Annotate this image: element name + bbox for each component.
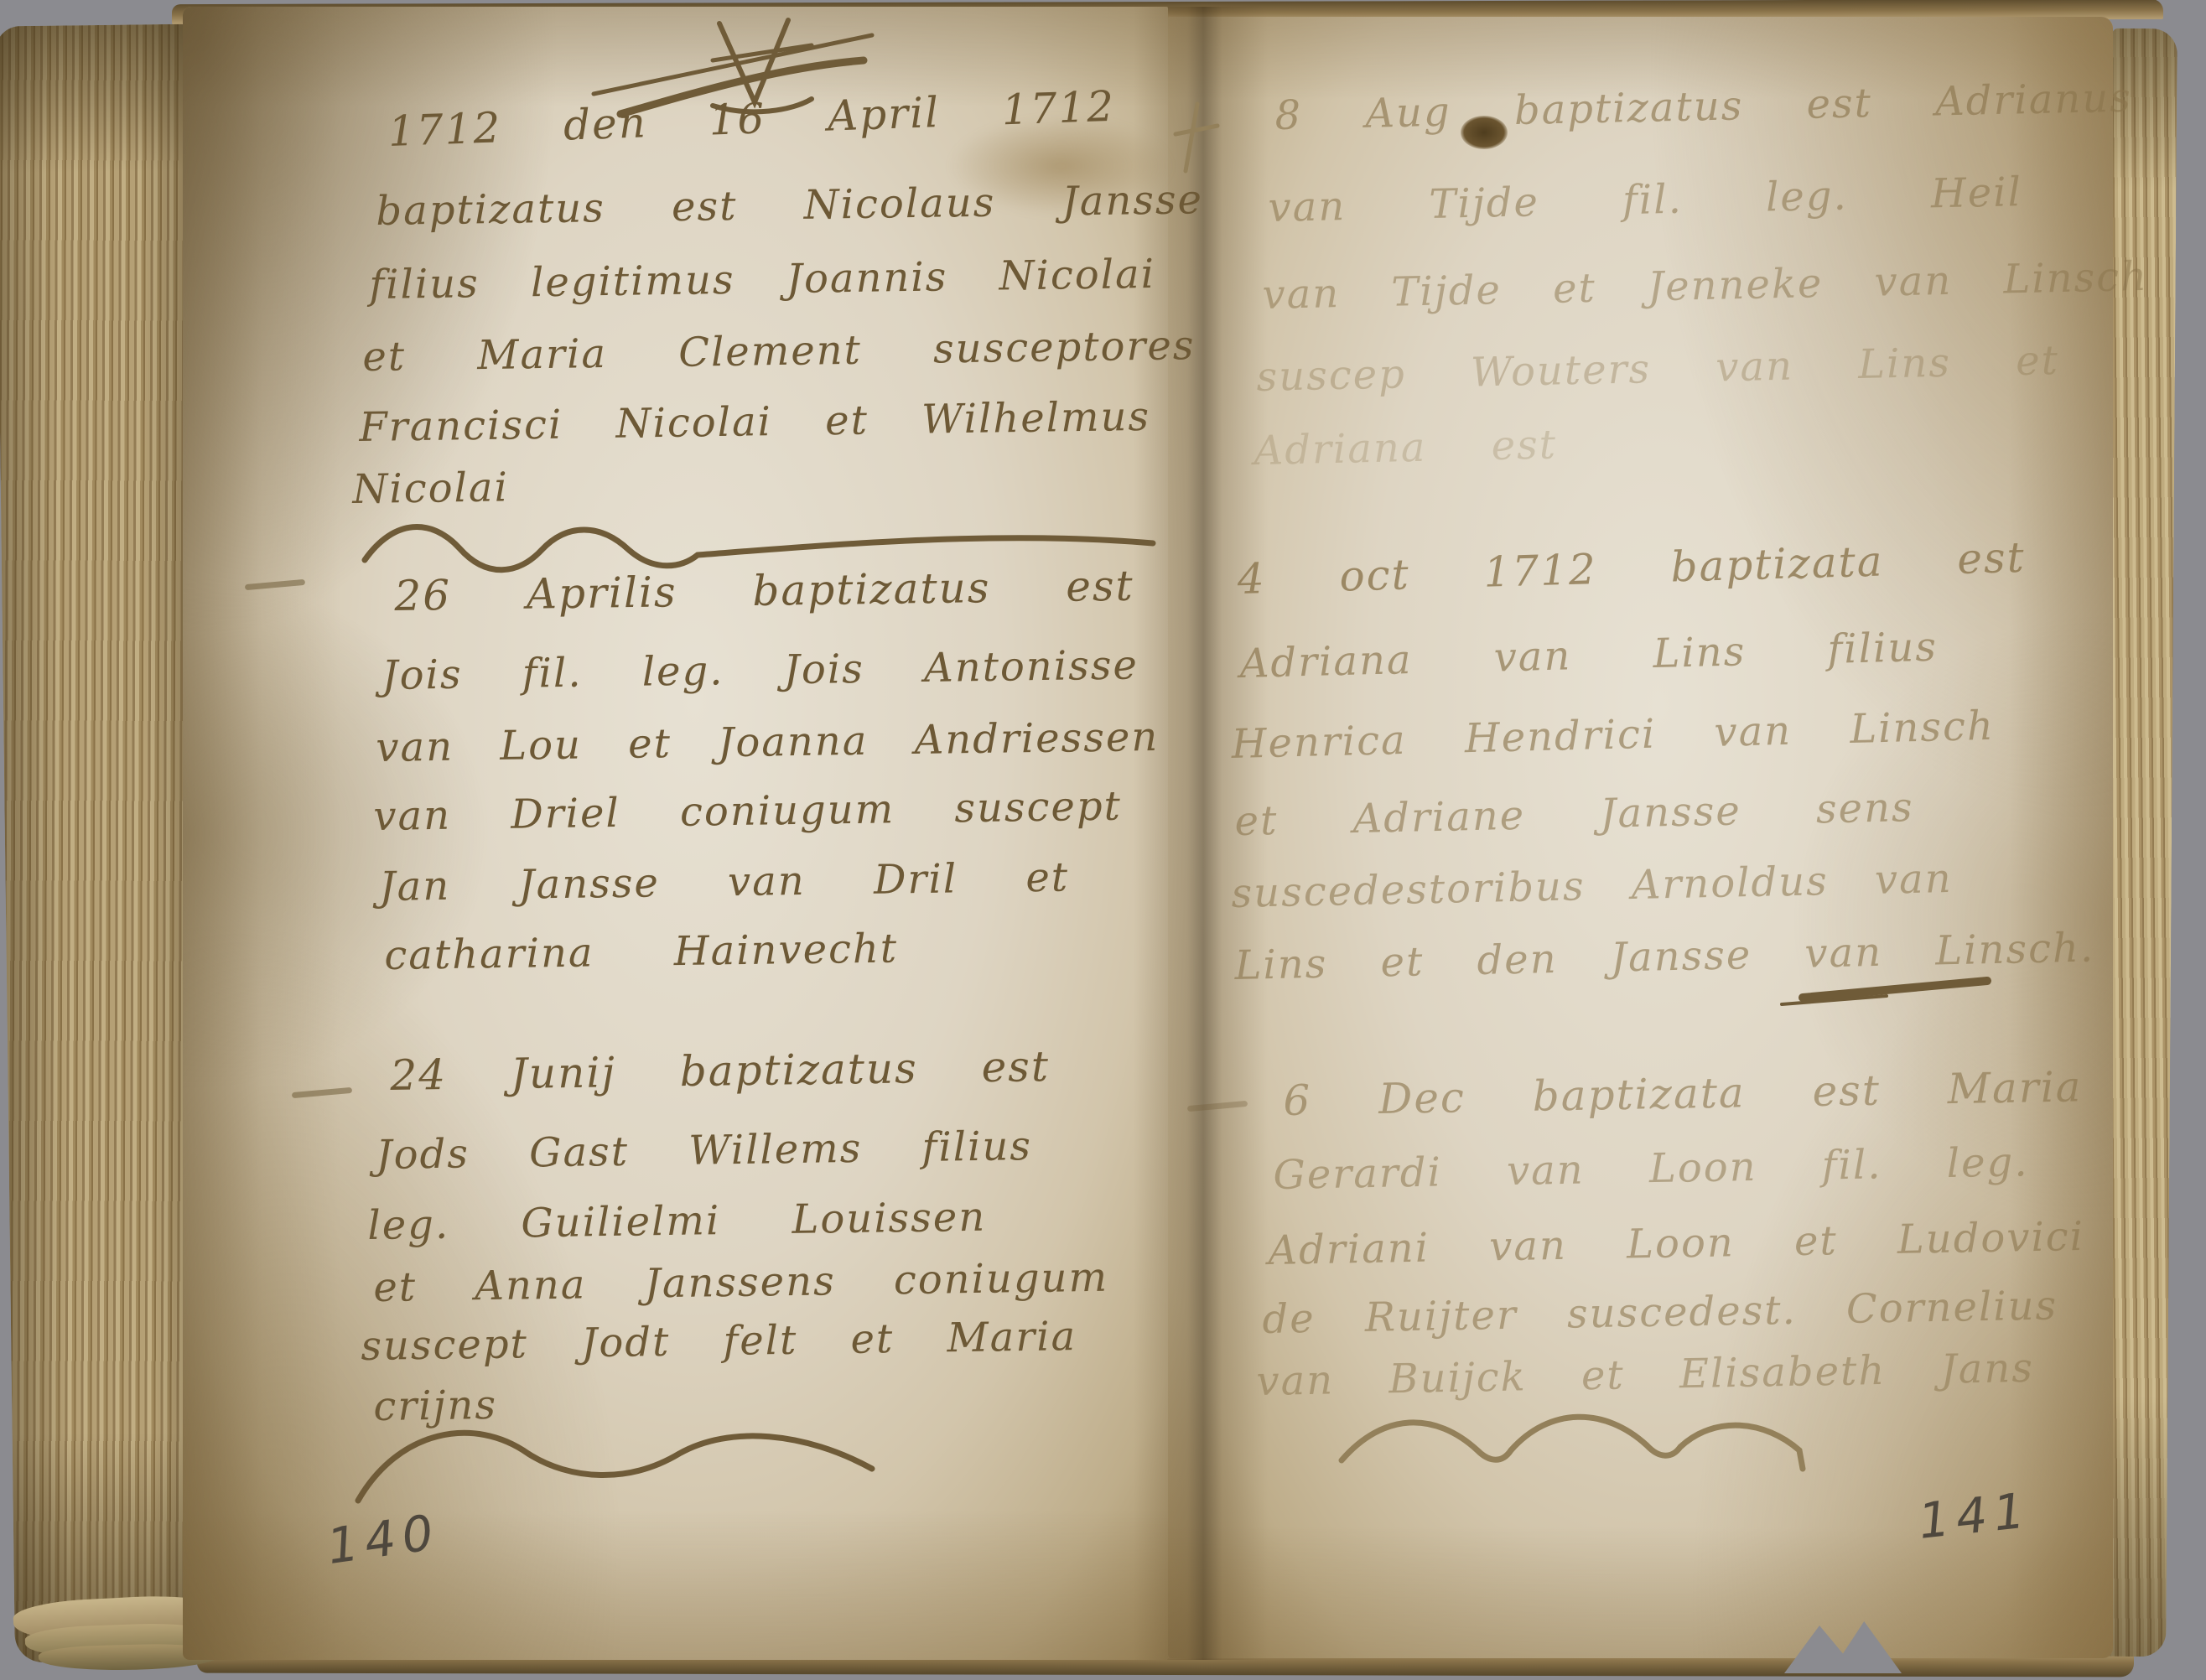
scallop-divider <box>1333 1398 1819 1499</box>
plus-mark <box>1172 101 1222 176</box>
manuscript-line: Nicolai <box>352 464 509 513</box>
manuscript-photo: 1712 den 16 April 1712 baptizatus est Ni… <box>0 0 2206 1680</box>
manuscript-line: Jan Jansse van Dril et <box>379 854 1069 910</box>
manuscript-line: Jods Gast Willems filius <box>376 1123 1032 1179</box>
manuscript-line: suscept Jodt felt et Maria <box>361 1313 1077 1370</box>
manuscript-line: 26 Aprilis baptizatus est <box>394 562 1134 620</box>
manuscript-line: 24 Junij baptizatus est <box>390 1042 1050 1100</box>
manuscript-line: leg. Guilielmi Louissen <box>367 1194 987 1249</box>
flourish-divider <box>348 1393 935 1519</box>
page-number-right: 141 <box>1916 1481 2034 1550</box>
page-stack-fore-edge-left <box>0 24 206 1663</box>
dash-divider <box>1778 972 2012 1014</box>
manuscript-line: catharina Hainvecht <box>384 925 898 979</box>
manuscript-line: Adriana est <box>1254 421 1558 474</box>
